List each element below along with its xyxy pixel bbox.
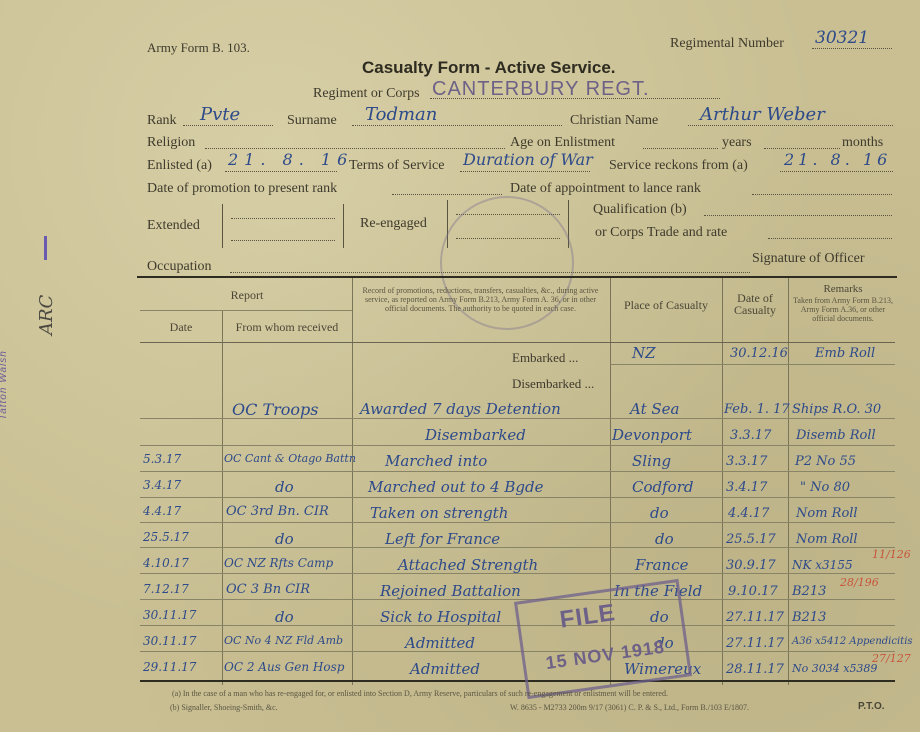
report-underline [140,310,352,311]
cell-record: Marched into [385,452,487,470]
cell-date-cas: 3.4.17 [726,480,767,495]
reckons-dots [780,171,893,172]
cell-remarks: Nom Roll [796,532,858,547]
promotion-label: Date of promotion to present rank [147,181,337,197]
rank-dots [183,125,273,126]
christian-name-dots [688,125,893,126]
cell-date-cas: 30.12.16 [730,346,788,361]
cell-record: Marched out to 4 Bgde [368,478,544,496]
regimental-number-label: Regimental Number [670,36,784,52]
cell-from: do [275,608,294,626]
cell-from: OC No 4 NZ Fld Amb [224,634,343,647]
header-record: Record of promotions, reductions, transf… [358,286,603,313]
header-date: Date [140,320,222,335]
cell-date-cas: Feb. 1. 17 [724,402,790,417]
religion-dots [205,148,505,149]
cell-place: Devonport [612,426,692,444]
enlisted-dots [225,171,337,172]
margin-initials: ARC [36,295,57,335]
cell-remarks: NK x3155 [792,558,853,572]
cell-remarks: Emb Roll [815,346,875,361]
header-from-whom: From whom received [222,320,352,335]
cell-date: 30.11.17 [143,608,196,622]
cell-date: 5.3.17 [143,452,181,466]
reckons-label: Service reckons from (a) [609,158,748,174]
cell-date: 7.12.17 [143,582,189,596]
footer-note-a: (a) In the case of a man who has re-enga… [172,689,668,698]
col-line-5 [788,278,789,685]
reckons-value: 21. 8. 16 [784,150,891,169]
cell-place: do [655,530,674,548]
occupation-label: Occupation [147,259,212,275]
cell-from: do [275,478,294,496]
cell-record: Awarded 7 days Detention [360,400,561,418]
regimental-number-dots [812,48,892,49]
enlisted-label: Enlisted (a) [147,158,212,174]
cell-date-cas: 3.3.17 [730,428,771,443]
cell-from: OC NZ Rfts Camp [224,556,333,570]
cell-record: Disembarked [425,426,526,444]
cell-place: NZ [632,344,656,362]
cell-date: 30.11.17 [143,634,196,648]
cell-date-cas: 27.11.17 [726,610,784,625]
cell-from: OC 3 Bn CIR [226,582,310,597]
cell-date: 3.4.17 [143,478,181,492]
disembarked-label: Disembarked ... [512,376,594,392]
months-label: months [842,135,883,151]
cell-remarks: B213 [792,610,826,625]
table-header-divider [140,342,895,343]
cell-remarks: B213 [792,584,826,599]
form-number: Army Form B. 103. [147,40,250,56]
footer-printer: W. 8635 - M2733 200m 9/17 (3061) C. P. &… [510,703,749,712]
cell-remarks: " No 80 [800,480,850,495]
cell-red-annotation: 27/127 [872,652,911,665]
header-divider [137,276,897,278]
cell-from: OC 2 Aus Gen Hosp [224,660,344,674]
cell-date: 4.4.17 [143,504,181,518]
cell-date-cas: 9.10.17 [728,584,778,599]
embarked-label: Embarked ... [512,350,578,366]
cell-date: 4.10.17 [143,556,189,570]
cell-red-annotation: 11/126 [872,548,911,561]
surname-label: Surname [287,113,337,129]
religion-label: Religion [147,135,195,151]
cell-from: OC Troops [232,400,318,419]
cell-date: 25.5.17 [143,530,189,544]
cell-place: do [650,504,669,522]
cell-record: Left for France [385,530,500,548]
rank-label: Rank [147,113,177,129]
cell-date-cas: 27.11.17 [726,636,784,651]
trade-label: or Corps Trade and rate [595,225,727,241]
header-report: Report [182,288,312,303]
cell-record: Rejoined Battalion [380,582,521,600]
age-label: Age on Enlistment [510,135,615,151]
age-years-dots [643,148,718,149]
cell-remarks: A36 x5412 Appendicitis [792,636,913,647]
cell-date-cas: 28.11.17 [726,662,784,677]
christian-name-label: Christian Name [570,113,658,129]
terms-label: Terms of Service [349,158,444,174]
cell-from: OC Cant & Otago Battn [224,452,356,465]
christian-name-value: Arthur Weber [700,104,825,125]
file-stamp-date: 15 NOV 1918 [544,637,666,675]
lance-dots [752,194,892,195]
lance-label: Date of appointment to lance rank [510,181,701,197]
cell-remarks: Ships R.O. 30 [792,402,881,417]
promotion-dots [392,194,502,195]
cell-record: Sick to Hospital [380,608,501,626]
footer-pto: P.T.O. [858,701,885,712]
form-title[interactable]: Casualty Form - Active Service. [362,58,616,78]
cell-from: OC 3rd Bn. CIR [226,504,329,519]
header-remarks-sub: Taken from Army Form B.213, Army Form A.… [792,296,894,323]
years-label: years [722,135,752,151]
age-months-dots [764,148,840,149]
cell-remarks: P2 No 55 [795,454,856,469]
extended-label: Extended [147,218,200,234]
terms-dots [460,171,590,172]
regimental-number-value: 30321 [815,28,869,48]
regiment-label: Regiment or Corps [313,86,420,102]
col-line-2 [352,278,353,685]
surname-dots [352,125,562,126]
cell-place: Sling [632,452,671,470]
margin-stamp: Tatton Walsh [0,350,9,420]
cell-date-cas: 4.4.17 [728,506,769,521]
cell-date-cas: 25.5.17 [726,532,776,547]
trade-dots [768,238,892,239]
cell-place: At Sea [630,400,679,418]
cell-record: Admitted [405,634,475,652]
surname-value: Todman [365,104,437,125]
enlisted-value: 21. 8. 16 [228,150,353,169]
cell-remarks: No 3034 x5389 [792,662,877,675]
cell-from: do [275,530,294,548]
cell-remarks: Disemb Roll [796,428,876,443]
cell-date: 29.11.17 [143,660,196,674]
footer-note-b: (b) Signaller, Shoeing-Smith, &c. [170,703,278,712]
regiment-dots [430,98,720,99]
cell-record: Attached Strength [398,556,538,574]
margin-bar [44,236,47,260]
cell-red-annotation: 28/196 [840,576,879,589]
header-date-casualty: Date of Casualty [722,292,788,316]
col-line-4 [722,278,723,685]
cell-date-cas: 30.9.17 [726,558,776,573]
table-bottom [140,680,895,682]
extended-box[interactable] [222,204,344,248]
cell-remarks: Nom Roll [796,506,858,521]
header-place: Place of Casualty [610,298,722,313]
signature-label: Signature of Officer [752,251,864,267]
reengaged-label: Re-engaged [360,216,427,232]
header-remarks: Remarks [788,283,898,295]
terms-value: Duration of War [463,150,593,169]
cell-record: Taken on strength [370,504,508,522]
file-stamp-label: FILE [558,599,617,635]
qualification-dots [704,215,892,216]
qualification-label: Qualification (b) [593,202,687,218]
cell-place: Codford [632,478,693,496]
cell-record: Admitted [410,660,480,678]
occupation-dots [230,272,750,273]
cell-date-cas: 3.3.17 [726,454,767,469]
rank-value: Pvte [200,104,240,125]
cell-place: France [635,556,688,574]
